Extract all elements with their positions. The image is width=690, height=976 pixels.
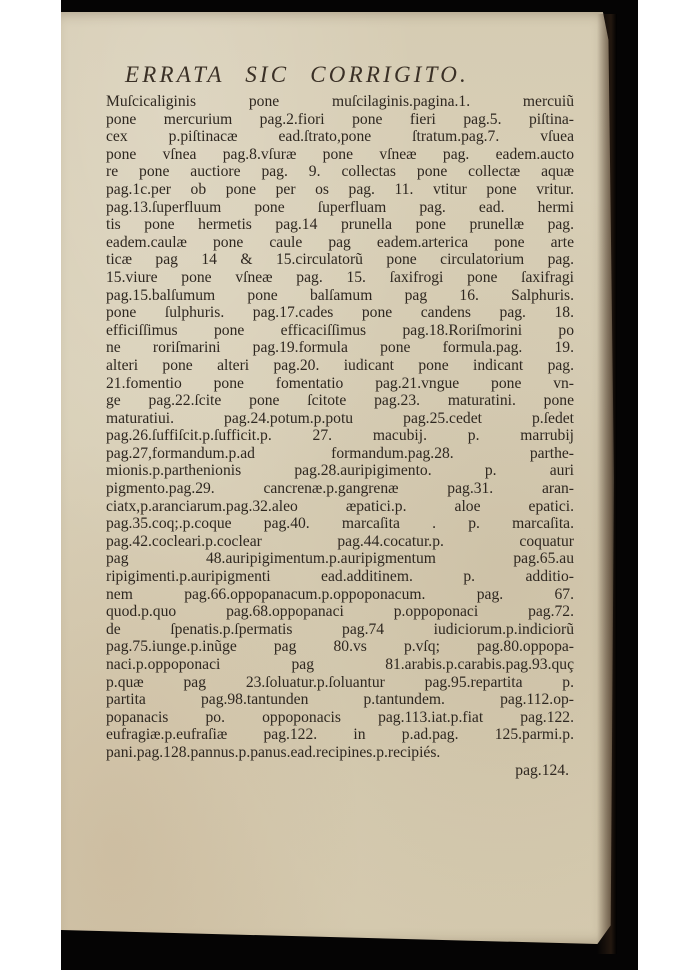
text-line: mionis.p.parthenionis pag.28.auripigimen… [106,462,574,480]
text-line: efficiſſimus pone efficaciſſimus pag.18.… [106,322,574,340]
text-line: pigmento.pag.29. cancrenæ.p.gangrenæ pag… [106,480,574,498]
text-line: ciatx,p.aranciarum.pag.32.aleo æpatici.p… [106,498,574,516]
text-line: Muſcicaliginis pone muſcilaginis.pagina.… [106,93,574,111]
text-line: p.quæ pag 23.ſoluatur.p.ſoluantur pag.95… [106,674,574,692]
text-line: de ſpenatis.p.ſpermatis pag.74 iudicioru… [106,621,574,639]
page-title: ERRATA SIC CORRIGITO. [125,62,565,88]
text-line: cex p.piſtinacæ ead.ſtrato,pone ſtratum.… [106,128,574,146]
text-line: eufragiæ.p.eufraſiæ pag.122. in p.ad.pag… [106,726,574,744]
text-line: nem pag.66.oppopanacum.p.oppoponacum. pa… [106,586,574,604]
text-line: ne roriſmarini pag.19.formula pone formu… [106,339,574,357]
text-line: pag.27,formandum.p.ad formandum.pag.28. … [106,445,574,463]
text-line: pone ſulphuris. pag.17.cades pone canden… [106,304,574,322]
text-line: pag.13.ſuperfluum pone ſuperfluam pag. e… [106,199,574,217]
text-line-final-page-ref: pag.124. [106,762,574,780]
text-line: quod.p.quo pag.68.oppopanaci p.oppoponac… [106,603,574,621]
text-line: 21.fomentio pone fomentatio pag.21.vngue… [106,375,574,393]
text-line: pag 48.auripigimentum.p.auripigmentum pa… [106,550,574,568]
text-line: eadem.caulæ pone caule pag eadem.arteric… [106,234,574,252]
text-line: pag.1c.per ob pone per os pag. 11. vtitu… [106,181,574,199]
text-line: ripigimenti.p.auripigmenti ead.additinem… [106,568,574,586]
text-line: 15.viure pone vſneæ pag. 15. ſaxifrogi p… [106,269,574,287]
text-line: pag.26.ſuffiſcit.p.ſufficit.p. 27. macub… [106,427,574,445]
text-line: ticæ pag 14 & 15.circulatorũ pone circul… [106,251,574,269]
page-edge-shadow [597,14,617,954]
text-line: partita pag.98.tantunden p.tantundem. pa… [106,691,574,709]
text-line: pag.15.balſumum pone balſamum pag 16. Sa… [106,287,574,305]
text-line: pani.pag.128.pannus.p.panus.ead.recipine… [106,744,574,762]
text-line: ge pag.22.ſcite pone ſcitote pag.23. mat… [106,392,574,410]
text-line: maturatiui. pag.24.potum.p.potu pag.25.c… [106,410,574,428]
text-line: popanacis po. oppoponacis pag.113.iat.p.… [106,709,574,727]
text-line: naci.p.oppoponaci pag 81.arabis.p.carabi… [106,656,574,674]
text-line: tis pone hermetis pag.14 prunella pone p… [106,216,574,234]
text-line: pag.42.cocleari.p.coclear pag.44.cocatur… [106,533,574,551]
text-line: pag.75.iunge.p.inũge pag 80.vs p.vſq; pa… [106,638,574,656]
text-line: pone mercurium pag.2.fiori pone fieri pa… [106,111,574,129]
errata-body: Muſcicaliginis pone muſcilaginis.pagina.… [106,93,574,779]
text-line: pone vſnea pag.8.vſuræ pone vſneæ pag. e… [106,146,574,164]
text-line: re pone auctiore pag. 9. collectas pone … [106,163,574,181]
text-line: pag.35.coq;.p.coque pag.40. marcaſita . … [106,515,574,533]
text-line: alteri pone alteri pag.20. iudicant pone… [106,357,574,375]
